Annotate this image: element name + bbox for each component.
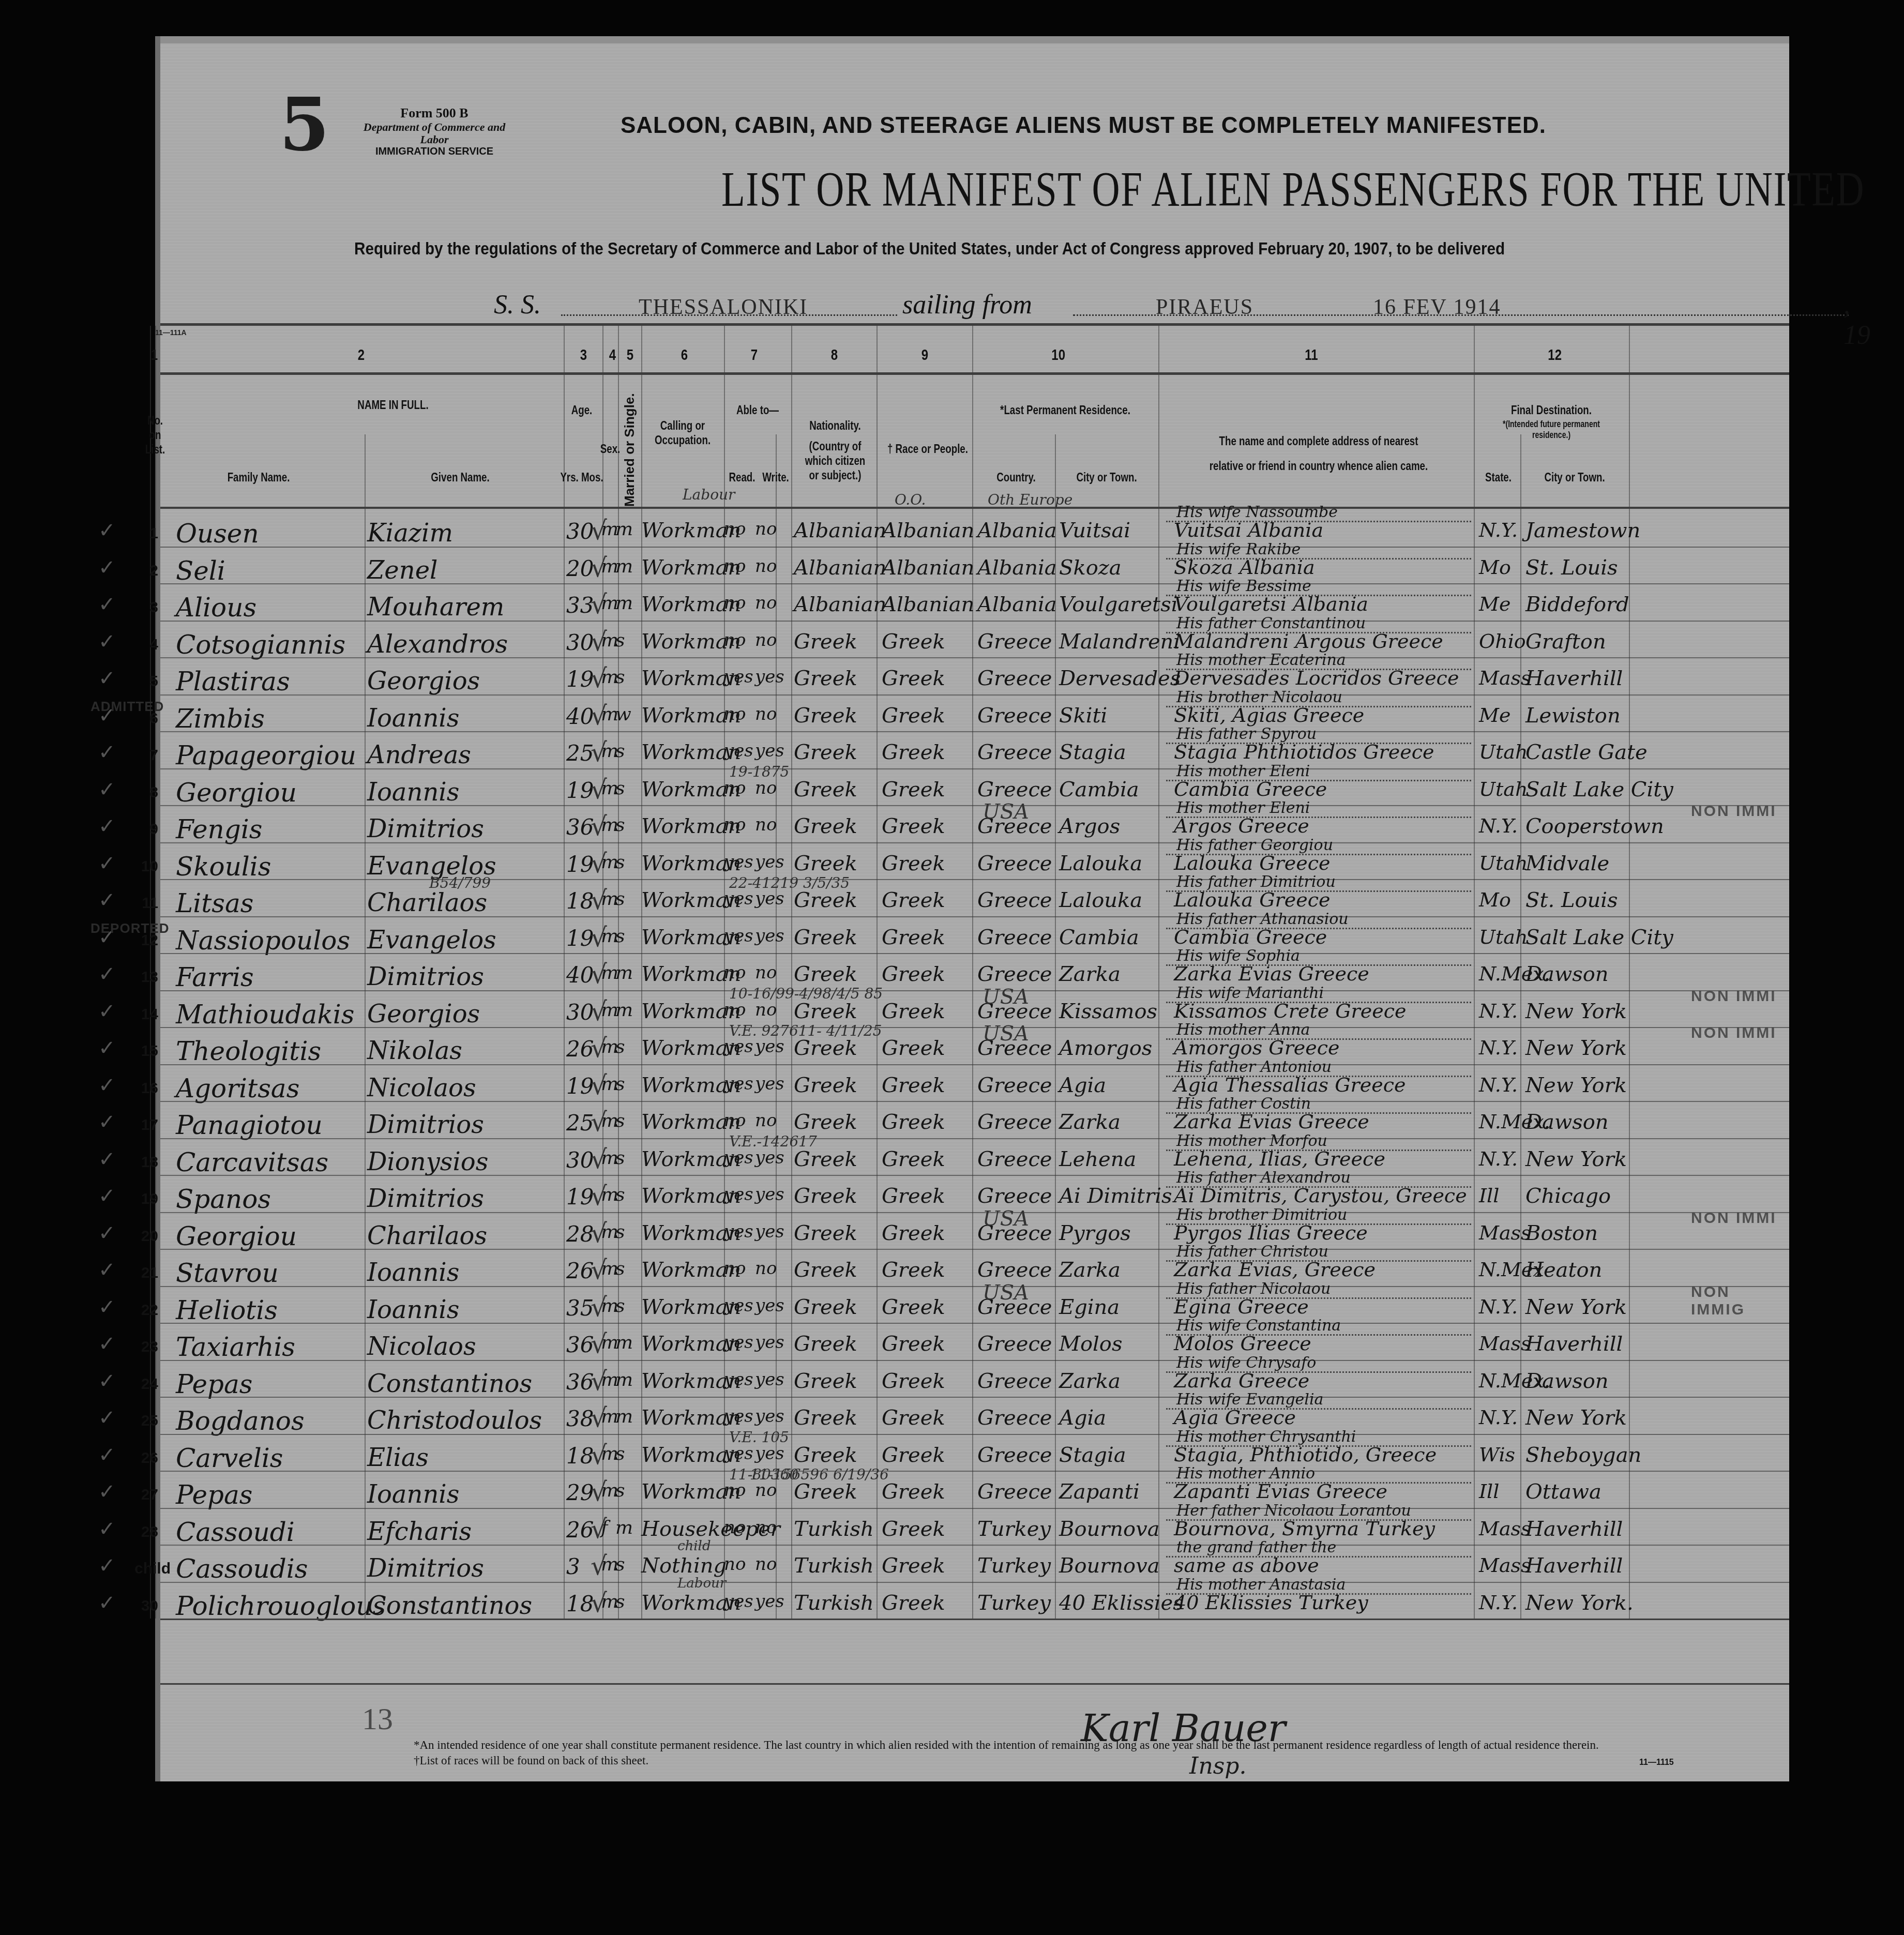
residence-city: Skiti (1059, 704, 1107, 728)
can-read: yes (724, 1443, 753, 1464)
row-divider (160, 1175, 1789, 1176)
destination-city: Haverhill (1525, 1554, 1623, 1578)
check-mark-icon: ✓ (98, 630, 116, 654)
check-mark-icon: ✓ (98, 962, 116, 986)
can-write: yes (755, 1036, 784, 1057)
race: Albanian (882, 556, 974, 580)
check-mark-icon: ✓ (98, 1369, 116, 1393)
marital-status: s (615, 1295, 625, 1317)
family-name: Polichrouoglous (176, 1591, 386, 1621)
can-read: no (724, 1110, 746, 1131)
header-sex: Sex. (598, 442, 623, 457)
destination-state: N.Y. (1479, 1000, 1518, 1022)
tally-number: 13 (362, 1701, 393, 1737)
destination-city: Dawson (1525, 1110, 1609, 1134)
marital-status: s (615, 630, 625, 651)
residence-city: Vuitsai (1059, 519, 1130, 542)
header-country: Country. (990, 471, 1042, 485)
marital-status: m (615, 1517, 633, 1538)
row-divider (160, 1582, 1789, 1583)
clerical-annotation: Labour (683, 486, 735, 503)
family-name: Seli (176, 556, 225, 586)
race: Greek (882, 1036, 945, 1060)
residence-correction: USA (983, 800, 1029, 824)
port-of-departure: PIRAEUS (1156, 295, 1253, 320)
footnote-races: †List of races will be found on back of … (414, 1753, 1599, 1768)
destination-city: Dawson (1525, 1369, 1609, 1393)
age: 26 (566, 1258, 594, 1283)
residence-country: Greece (977, 1147, 1052, 1171)
nationality: Greek (794, 962, 857, 986)
residence-country: Greece (977, 1332, 1052, 1356)
can-write: yes (755, 1184, 784, 1205)
race: Greek (882, 1110, 945, 1134)
age: 35 (566, 1295, 594, 1321)
can-write: no (755, 630, 777, 651)
can-write: yes (755, 1332, 784, 1353)
header-final-destination-sub: *(Intended future permanent residence.) (1493, 419, 1610, 441)
nationality: Greek (794, 704, 857, 728)
residence-correction: USA (983, 1281, 1029, 1305)
row-number: 10 (134, 858, 158, 875)
column-number: 4 (609, 346, 616, 364)
row-divider (160, 879, 1789, 880)
marital-status: s (615, 1147, 625, 1169)
given-name: Zenel (367, 556, 437, 585)
age: 18 (566, 888, 594, 914)
can-read: yes (724, 1332, 753, 1353)
destination-city: Sheboygan (1525, 1443, 1641, 1467)
row-number: child (134, 1560, 158, 1578)
destination-state: N.Y. (1479, 1036, 1518, 1059)
residence-city: Cambia (1059, 926, 1139, 949)
can-read: no (724, 704, 746, 724)
destination-city: Haverhill (1525, 667, 1623, 690)
can-read: yes (724, 1221, 753, 1242)
verified-tick-icon: √ (591, 737, 607, 767)
age: 28 (566, 1221, 594, 1247)
age: 38 (566, 1406, 594, 1431)
row-divider (160, 1397, 1789, 1398)
row-number: 24 (134, 1375, 158, 1393)
row-divider (160, 990, 1789, 991)
verified-tick-icon: √ (591, 1070, 607, 1100)
race: Greek (882, 1074, 945, 1097)
age: 26 (566, 1036, 594, 1062)
race: Greek (882, 1221, 945, 1245)
destination-state: Ill (1479, 1480, 1499, 1503)
family-name: Heliotis (176, 1295, 278, 1325)
nationality: Greek (794, 1184, 857, 1208)
can-write: no (755, 556, 777, 577)
race: Greek (882, 852, 945, 875)
residence-country: Greece (977, 1110, 1052, 1134)
check-mark-icon: ✓ (98, 888, 116, 912)
residence-city: Argos (1059, 814, 1120, 838)
can-write: yes (755, 1147, 784, 1168)
form-number: Form 500 B (357, 106, 512, 121)
age: 30 (566, 519, 594, 544)
nationality: Greek (794, 1147, 857, 1171)
destination-city: Castle Gate (1525, 740, 1648, 764)
can-write: no (755, 814, 777, 835)
can-write: no (755, 1517, 777, 1538)
given-name: Dimitrios (367, 1184, 484, 1213)
can-write: yes (755, 1406, 784, 1427)
check-mark-icon: ✓ (98, 667, 116, 690)
can-write: no (755, 1480, 777, 1501)
non-immigrant-stamp: NON IMMI (1691, 803, 1777, 820)
marital-status: m (615, 1000, 633, 1021)
race: Greek (882, 1369, 945, 1393)
can-read: yes (724, 1036, 753, 1057)
destination-city: Heaton (1525, 1258, 1602, 1282)
year-suffix: , 19 (1843, 290, 1870, 351)
marital-status: s (615, 667, 625, 688)
age: 36 (566, 814, 594, 840)
marital-status: m (615, 1369, 633, 1390)
residence-country: Greece (977, 926, 1052, 949)
destination-city: Haverhill (1525, 1517, 1623, 1541)
residence-city: Zarka (1059, 962, 1121, 986)
given-name: Constantinos (367, 1591, 532, 1620)
can-write: yes (755, 1591, 784, 1612)
check-mark-icon: ✓ (98, 740, 116, 764)
given-name: Andreas (367, 740, 471, 769)
row-divider (160, 1286, 1789, 1287)
check-mark-icon: ✓ (98, 1332, 116, 1356)
verified-tick-icon: √ (591, 923, 607, 953)
row-number: 19 (134, 1190, 158, 1208)
row-number: 5 (134, 673, 158, 690)
destination-state: Me (1479, 593, 1510, 615)
row-divider (160, 916, 1789, 917)
can-read: no (724, 1258, 746, 1279)
destination-city: Salt Lake City (1525, 778, 1673, 802)
footnotes: *An intended residence of one year shall… (414, 1737, 1599, 1768)
check-mark-icon: ✓ (98, 1110, 116, 1134)
residence-country: Greece (977, 852, 1052, 875)
destination-state: Utah (1479, 740, 1528, 763)
row-number: 9 (134, 821, 158, 838)
divider (160, 507, 1789, 509)
column-number: 1 (151, 346, 158, 364)
row-number: 23 (134, 1338, 158, 1356)
verified-tick-icon: √ (591, 811, 607, 841)
given-name: Charilaos (367, 888, 487, 917)
clerical-annotation: Oth Europe (988, 491, 1072, 508)
can-write: yes (755, 852, 784, 872)
row-number: 14 (134, 1006, 158, 1023)
can-write: no (755, 962, 777, 983)
header-able-to: Able to— (731, 403, 783, 418)
given-name: Ioannis (367, 778, 459, 807)
family-name: Cassoudi (176, 1517, 295, 1547)
occupation-note: Labour (677, 1576, 726, 1591)
given-name: Dionysios (367, 1147, 488, 1176)
destination-state: Mass (1479, 1517, 1531, 1540)
residence-city: Molos (1059, 1332, 1122, 1356)
check-mark-icon: ✓ (98, 593, 116, 616)
verified-tick-icon: √ (591, 553, 607, 583)
row-divider (160, 1471, 1789, 1472)
age: 33 (566, 593, 594, 618)
residence-city: Zarka (1059, 1258, 1121, 1282)
can-read: no (724, 814, 746, 835)
destination-city: Lewiston (1525, 704, 1621, 728)
age: 18 (566, 1591, 594, 1616)
age: 36 (566, 1332, 594, 1357)
check-mark-icon: ✓ (98, 1295, 116, 1319)
non-immigrant-stamp: NON IMMI (1691, 1024, 1777, 1042)
residence-city: Skoza (1059, 556, 1122, 580)
status-stamp: DEPORTED (90, 920, 169, 936)
residence-correction: USA (983, 985, 1029, 1009)
family-name: Theologitis (176, 1036, 321, 1066)
marital-status: m (615, 556, 633, 577)
can-write: yes (755, 667, 784, 687)
race: Greek (882, 814, 945, 838)
verified-tick-icon: √ (591, 1255, 607, 1285)
can-read: no (724, 556, 746, 577)
residence-country: Greece (977, 1443, 1052, 1467)
header-yrs-mos: Yrs. Mos. (560, 471, 604, 485)
can-read: no (724, 962, 746, 983)
destination-city: New York (1525, 1036, 1627, 1060)
nationality: Greek (794, 1295, 857, 1319)
marital-status: s (615, 778, 625, 799)
can-write: yes (755, 1295, 784, 1316)
destination-state: Ill (1479, 1184, 1499, 1207)
row-divider (160, 1138, 1789, 1139)
marital-status: s (615, 1591, 625, 1612)
nationality: Albanian (794, 556, 886, 580)
verified-tick-icon: √ (591, 849, 607, 879)
row-divider (160, 1545, 1789, 1546)
row-number: 7 (134, 747, 158, 764)
family-name: Cotsogiannis (176, 630, 345, 660)
residence-country: Albania (977, 519, 1057, 542)
row-divider (160, 1360, 1789, 1361)
row-number: 4 (134, 636, 158, 654)
residence-city: Malandreni (1059, 630, 1180, 654)
header-given-name: Given Name. (420, 471, 501, 485)
divider (160, 372, 1789, 375)
family-name: Georgiou (176, 1221, 297, 1251)
family-name: Nassiopoulos (176, 926, 350, 956)
verified-tick-icon: √ (591, 516, 607, 546)
row-number: 15 (134, 1042, 158, 1060)
verified-tick-icon: √ (591, 1477, 607, 1507)
residence-city: Egina (1059, 1295, 1120, 1319)
check-mark-icon: ✓ (98, 1480, 116, 1504)
residence-country: Greece (977, 888, 1052, 912)
family-name: Farris (176, 962, 254, 992)
marital-status: s (615, 1110, 625, 1131)
destination-city: Midvale (1525, 852, 1609, 875)
age: 19 (566, 667, 594, 692)
residence-city: Amorgos (1059, 1036, 1152, 1060)
residence-country: Greece (977, 1184, 1052, 1208)
residence-city: Stagia (1059, 1443, 1126, 1467)
can-write: no (755, 1110, 777, 1131)
marital-status: m (615, 962, 633, 984)
column-number: 9 (921, 346, 928, 364)
given-name: Christodoulos (367, 1406, 542, 1435)
row-number: 21 (134, 1264, 158, 1282)
header-name-in-full: NAME IN FULL. (333, 398, 454, 413)
destination-state: Me (1479, 704, 1510, 727)
age: 3 (566, 1554, 580, 1579)
race: Greek (882, 888, 945, 912)
can-read: no (724, 630, 746, 651)
nationality: Greek (794, 1480, 857, 1504)
clerical-annotation: O.O. (895, 491, 926, 508)
destination-city: St. Louis (1525, 888, 1618, 912)
race: Greek (882, 778, 945, 802)
marital-status: m (615, 593, 633, 614)
age: 29 (566, 1480, 594, 1505)
race: Greek (882, 1258, 945, 1282)
can-write: yes (755, 926, 784, 946)
form-code-bottom: 11—1115 (1639, 1758, 1674, 1767)
family-name: Agoritsas (176, 1074, 299, 1103)
form-code-top: 11—111A (155, 328, 187, 337)
can-read: yes (724, 888, 753, 909)
row-divider (160, 1508, 1789, 1509)
given-name: Mouharem (367, 593, 504, 622)
given-name: Dimitrios (367, 962, 484, 991)
nationality: Greek (794, 778, 857, 802)
nationality: Greek (794, 1036, 857, 1060)
row-divider (160, 583, 1789, 584)
can-read: yes (724, 1074, 753, 1094)
verified-tick-icon: √ (591, 701, 607, 731)
can-read: yes (724, 852, 753, 872)
header-last-residence: *Last Permanent Residence. (996, 403, 1134, 418)
check-mark-icon: ✓ (98, 1406, 116, 1430)
age: 40 (566, 704, 594, 729)
nationality: Albanian (794, 593, 886, 616)
nationality: Greek (794, 926, 857, 949)
family-name: Zimbis (176, 704, 265, 734)
check-mark-icon: ✓ (98, 1591, 116, 1615)
header-age: Age. (566, 403, 598, 418)
race: Greek (882, 1406, 945, 1430)
residence-country: Albania (977, 593, 1057, 616)
given-name: Kiazim (367, 519, 453, 548)
can-read: yes (724, 926, 753, 946)
row-number: 27 (134, 1486, 158, 1504)
header-state: State. (1481, 471, 1515, 485)
residence-city: 40 Eklissies (1059, 1591, 1184, 1615)
row-divider (160, 805, 1789, 806)
check-mark-icon: ✓ (98, 1221, 116, 1245)
race: Greek (882, 1517, 945, 1541)
marital-status: s (615, 814, 625, 836)
can-read: no (724, 1554, 746, 1575)
form-identifier: Form 500 B Department of Commerce and La… (357, 106, 512, 157)
verified-tick-icon: √ (591, 1329, 607, 1359)
destination-state: N.Y. (1479, 1147, 1518, 1170)
can-write: no (755, 704, 777, 724)
can-write: no (755, 519, 777, 539)
row-number: 18 (134, 1154, 158, 1171)
residence-city: Lalouka (1059, 888, 1142, 912)
row-number: 22 (134, 1302, 158, 1319)
destination-state: N.Y. (1479, 1074, 1518, 1096)
race: Greek (882, 1480, 945, 1504)
residence-city: Cambia (1059, 778, 1139, 802)
residence-country: Greece (977, 962, 1052, 986)
given-name: Ioannis (367, 1258, 459, 1287)
given-name: Ioannis (367, 704, 459, 733)
family-name: Papageorgiou (176, 740, 356, 770)
verified-tick-icon: √ (591, 1588, 607, 1618)
residence-city: Dervesades (1059, 667, 1181, 690)
race: Greek (882, 704, 945, 728)
race: Greek (882, 740, 945, 764)
family-name: Skoulis (176, 852, 271, 882)
destination-state: N.Y. (1479, 1406, 1518, 1429)
row-divider (160, 1064, 1789, 1065)
header-race: † Race or People. (887, 442, 964, 457)
family-name: Georgiou (176, 778, 297, 808)
verified-tick-icon: √ (591, 1218, 607, 1248)
age: 30 (566, 1147, 594, 1173)
verified-tick-icon: √ (591, 1033, 607, 1063)
header-final-destination: Final Destination. (1493, 403, 1610, 418)
nationality: Greek (794, 852, 857, 875)
verified-tick-icon: √ (591, 1440, 607, 1470)
race: Greek (882, 1147, 945, 1171)
destination-city: Chicago (1525, 1184, 1611, 1208)
marital-status: m (615, 1406, 633, 1427)
destination-city: New York (1525, 1074, 1627, 1097)
marital-status: s (615, 888, 625, 910)
age: 19 (566, 778, 594, 803)
column-number: 6 (681, 346, 688, 364)
race: Greek (882, 667, 945, 690)
check-mark-icon: ✓ (98, 814, 116, 838)
race: Greek (882, 630, 945, 654)
residence-city: Kissamos (1059, 1000, 1157, 1023)
row-number: 26 (134, 1449, 158, 1467)
family-name: Panagiotou (176, 1110, 323, 1140)
can-write: no (755, 778, 777, 798)
check-mark-icon: ✓ (98, 1258, 116, 1282)
verified-tick-icon: √ (591, 775, 607, 805)
destination-city: New York (1525, 1147, 1627, 1171)
nationality: Greek (794, 1000, 857, 1023)
residence-correction: USA (983, 1207, 1029, 1231)
row-divider (160, 1212, 1789, 1213)
header-family-name: Family Name. (218, 471, 299, 485)
residence-country: Greece (977, 630, 1052, 654)
sheet-number: 5 (279, 83, 329, 168)
page-subtitle: Required by the regulations of the Secre… (354, 239, 1505, 259)
nationality: Greek (794, 1369, 857, 1393)
race: Greek (882, 962, 945, 986)
marital-status: s (615, 1258, 625, 1279)
can-write: yes (755, 1369, 784, 1390)
age: 18 (566, 1443, 594, 1469)
residence-country: Greece (977, 1074, 1052, 1097)
sailing-date: 16 FEV 1914 (1373, 295, 1501, 320)
family-name: Litsas (176, 888, 253, 918)
manifest-sheet: 5 Form 500 B Department of Commerce and … (155, 36, 1789, 1781)
age: 25 (566, 740, 594, 766)
